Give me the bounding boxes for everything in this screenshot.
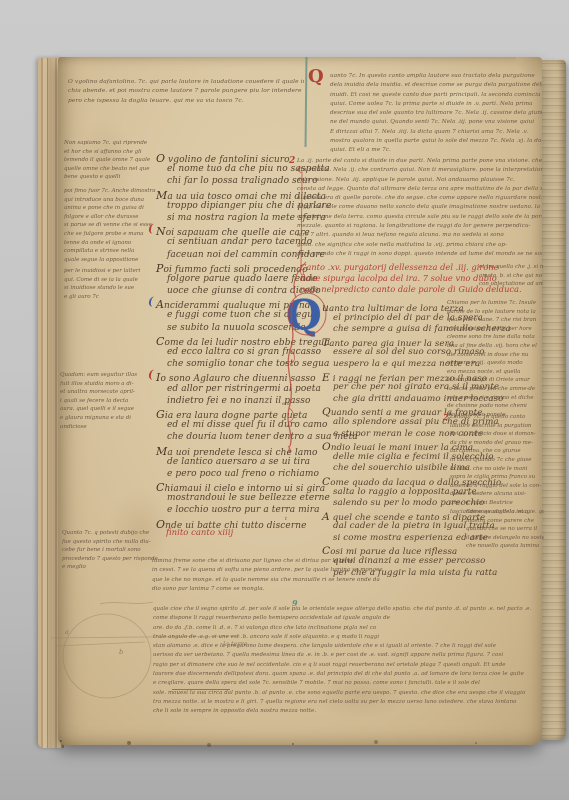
left-margin-note-3: per le inuidiosi e per lalteriqui. Come … (64, 267, 159, 301)
left-margin-note-4-line-6: e glaura mignana e sta di (60, 414, 158, 423)
left-lower-note-line-3: cebe fur bene i mortali sono (62, 547, 159, 556)
left-margin-note-4: Quadam: eum seguitur illasfuit illos stu… (60, 371, 158, 431)
left-lower-note-line-4: procedendo 7 questo per risponde (62, 556, 159, 565)
right-commentary-paragraph-2-line-10: gono. che significa che sole nella mattu… (297, 241, 542, 250)
right-margin-note-2-line-10: dusse a uedere alcuna uisi- (450, 490, 543, 499)
top-left-commentary-note: O vgolino dafantolino. 7c. qui parla lau… (68, 79, 304, 107)
top-left-commentary-note-line-1: O vgolino dafantolino. 7c. qui parla lau… (68, 79, 304, 88)
blue-paraph-curl: ( (148, 295, 153, 308)
right-margin-note-3-line-2: mostra come parere che (466, 517, 544, 526)
left-poem-column-line-26: de lantico auersaro a se ui tira (167, 457, 324, 469)
left-margin-note-2-line-7: tenne da onde el ignano (64, 239, 161, 248)
right-margin-note-1-line-3: quale horo uane. 7 che risi bran (447, 316, 542, 325)
right-margin-note-1-line-2: parole de lo sple lautore nota la (447, 308, 542, 317)
right-margin-note-2-line-2: lautore descriue la purgation (450, 422, 543, 431)
right-margin-note-2-line-6: in tucto Quando 7c che giuse (450, 456, 543, 465)
bottom-commentary-block-line-2: come dispone li raggi reuerberano pello … (153, 615, 543, 624)
left-margin-note-3-line-2: qui. Come di se ia la quale (64, 276, 159, 285)
bottom-commentary-block-line-11: tra mezza notte. si le mostra e li giri.… (153, 699, 543, 708)
right-commentary-paragraph-1-line-9: quiui. Et eli a me 7c. (330, 146, 542, 155)
explicit-canto-14: finito canto xiiij (166, 528, 233, 538)
left-margin-note-2: poi fimo fuor 7c. Anche dimostraqui intr… (64, 187, 161, 264)
left-margin-note-1-line-3: temendo il quale omne 7 quale (64, 156, 159, 165)
right-margin-note-2-line-3: del .ij. cornicio doue si doman- (450, 430, 543, 439)
right-margin-note-2-line-7: la uilta. che no uide le mani (450, 465, 543, 474)
svg-text:a: a (65, 628, 69, 636)
right-margin-note-3-line-3: quando che se no uerra il (466, 525, 544, 534)
right-commentary-paragraph-2-line-4: consta ad legge. Quanto dal ultimare del… (297, 185, 542, 194)
right-margin-note-1-line-6: tina al fine della .vij. hora che el (447, 342, 542, 351)
right-commentary-paragraph-2-line-9: lare 7 altri. quando si leua nefano regu… (297, 231, 542, 240)
right-margin-note-3-line-5: che nouello questa lumina (466, 542, 544, 551)
left-poem-column-line-29: mostrandoui le sue bellezze eterne (167, 493, 324, 505)
red-paraph-curl: ( (148, 222, 153, 235)
right-margin-note-1-line-13: de choinne pado none chemi (447, 402, 542, 411)
right-commentary-paragraph-2-line-6: raggi del sole come dauano nello sancto … (297, 203, 542, 212)
book-fore-edge-pages (540, 60, 566, 740)
left-margin-note-2-line-1: poi fimo fuor 7c. Anche dimostra (64, 187, 161, 196)
left-margin-note-2-line-3: anima e pone che in guisa di (64, 204, 161, 213)
top-left-commentary-note-line-3: pero che ispessa la doglia leuare. qui m… (68, 98, 304, 107)
left-margin-note-1-line-1: Non sapiamo 7c. qui riprende (64, 139, 159, 148)
red-paraph-curl: ( (148, 368, 153, 381)
red-paraph-mark: 2 (443, 412, 449, 422)
svg-text:b: b (119, 648, 123, 656)
left-margin-note-3-line-1: per le inuidiosi e per lalteri (64, 267, 159, 276)
left-poem-column-line-27: e pero poco ual freno o richiamo (167, 469, 324, 481)
rubric-side-note-line-1: et tra quella che .j. si ne (479, 263, 543, 272)
right-commentary-paragraph-1-line-2: dela inuidia dela inuidia. et descriue c… (330, 81, 542, 90)
right-commentary-paragraph-2-line-8: mezzale. quanto si ragiona. la longibrat… (297, 222, 542, 231)
rubric-side-note-line-2: amato. b. si che qui no e. (479, 272, 543, 281)
right-commentary-paragraph-1-line-7: E dirizzai allui 7. Nela .iiij. la dicta… (330, 128, 542, 137)
right-margin-note-2-line-5: tal camina. che co giurue (450, 447, 543, 456)
left-margin-note-2-line-8: compillata e strinse nella (64, 247, 161, 256)
right-commentary-paragraph-1-line-4: quiui. Come uolea 7c. la prima parte si … (330, 100, 542, 109)
left-margin-note-2-line-4: folgore e allor che durasse (64, 213, 161, 222)
right-margin-note-2-line-8: sopra le ciglia prima franco su (450, 473, 543, 482)
interlinear-mark: .a. (283, 360, 289, 366)
edge-specks (60, 740, 62, 742)
interlinear-mark: t (285, 516, 287, 522)
left-margin-note-2-line-9: quale segue la oppositione (64, 256, 161, 265)
left-margin-note-4-line-4: i quali se fecere la decta (60, 397, 158, 406)
right-commentary-paragraph-2-line-7: circulatione dela terra. como questa cir… (297, 213, 542, 222)
right-margin-note-1-line-8: uespero in .ij. questo modo (447, 359, 542, 368)
right-margin-note-1-line-10: el tempo si qri di Oriete amar (447, 376, 542, 385)
left-margin-note-4-line-1: Quadam: eum seguitur illas (60, 371, 158, 380)
right-margin-note-3-line-4: il fulgore delangelo no sostene (466, 534, 544, 543)
right-commentary-paragraph-2-line-2: era visibile. Nela .ij. che contrario qu… (297, 166, 542, 175)
left-margin-note-3-line-4: e gli auro 7c (64, 293, 159, 302)
right-margin-note-3: Come quado dela imagie. quimostra come p… (466, 508, 544, 551)
rubric-side-note-line-3: con oblectatione ad ama. 7 (479, 280, 543, 289)
left-margin-note-1: Non sapiamo 7c. qui riprendeet hor che s… (64, 139, 159, 182)
left-lower-note: Quanto 7c. q potesti dubijo chefue quest… (62, 530, 159, 573)
left-poem-column-line-30: e locchio uostro pur a terra mira (167, 505, 324, 517)
interlinear-mark: em (282, 401, 290, 407)
right-margin-note-2: Landiar 7c. In quello cantolautore descr… (450, 413, 543, 516)
left-margin-note-2-line-5: si parue se di venne che si esse (64, 221, 161, 230)
right-margin-note-2-line-1: Landiar 7c. In quello canto (450, 413, 543, 422)
bottom-commentary-block-line-1: quale cioe che il segno spirito .d. per … (153, 606, 543, 615)
left-margin-note-4-line-3: et unaltra morsecate april- (60, 388, 158, 397)
right-commentary-paragraph-1-line-8: mostra qualora in quella parte quiui lo … (330, 137, 542, 146)
right-margin-note-1-line-11: la dicta preda piu che amme-de (447, 385, 542, 394)
left-margin-note-1-line-2: et hor che si affanno che gli (64, 148, 159, 157)
right-margin-note-1-line-7: die como chel in doue che nu (447, 351, 542, 360)
right-margin-note-1: Chiamo per lo lumine 7c. Insuleparole de… (447, 299, 542, 419)
left-poem-column-line-28: Chiamaui il cielo e intorno ui si gira (156, 481, 324, 493)
left-margin-note-2-line-2: qui introduce una boce duna (64, 196, 161, 205)
right-margin-note-1-line-5: cleome sono tre lune dalla nota (447, 333, 542, 342)
commentary-initial-q: Q (308, 68, 324, 86)
right-margin-note-1-line-1: Chiamo per lo lumine 7c. Insule (447, 299, 542, 308)
left-margin-note-4-line-2: fuit illos stuidia moro a di- (60, 380, 158, 389)
right-poem-column-line-23: quiui dinanzi a me esser percosso (333, 556, 480, 568)
left-margin-note-1-line-5: bene questo e quelli (64, 173, 159, 182)
right-margin-note-2-line-9: assendo il raggio del sole la con- (450, 482, 543, 491)
right-commentary-paragraph-1: uanto 7c. In questo canto amplia lautore… (330, 72, 542, 156)
bottom-commentary-block: quale cioe che il segno spirito .d. per … (153, 606, 543, 718)
right-margin-note-2-line-11: one. et suami Beatrice (450, 499, 543, 508)
bottom-commentary-block-line-4: trale angulo de .a.g. si une est .b. anc… (153, 634, 543, 643)
left-lower-note-line-5: e meglio (62, 564, 159, 573)
right-commentary-paragraph-1-line-6: ne del mundo quiui. Quando senti 7c. Nel… (330, 118, 542, 127)
bottom-commentary-block-line-3: are. do da .f.b. come li .d. e. 7 si vul… (153, 625, 543, 634)
bottom-commentary-block-line-8: laurore due discernendo dellipotesi dora… (153, 671, 543, 680)
left-margin-note-2-line-6: che se fulgore probe e mana (64, 230, 161, 239)
right-commentary-paragraph-2-line-3: dela visione. Nela .iij. applique le par… (297, 176, 542, 185)
left-margin-note-4-line-7: undiciose (60, 423, 158, 432)
mid-lower-commentary-line-4: dio sono par lanima 7 come se mongla. (152, 585, 444, 594)
bottom-commentary-block-line-5: stan alamano .e. dice e la pregarono lum… (153, 643, 543, 652)
red-paraph-mark: 2 (289, 156, 295, 166)
right-margin-note-3-line-1: Come quado dela imagie. qui (466, 508, 544, 517)
bottom-commentary-block-line-12: che li sole in sempre in opposito dela n… (153, 708, 543, 717)
rubric-side-note: et tra quella che .j. si neamato. b. si … (479, 263, 543, 289)
bottom-commentary-block-line-6: uerisso da ser uerbeiano. 7 quella medes… (153, 652, 543, 661)
right-margin-note-1-line-4: meo denotare il doue per hore (447, 325, 542, 334)
left-lower-note-line-1: Quanto 7c. q potesti dubijo che (62, 530, 159, 539)
left-margin-note-4-line-5: aura. quel quelli e il segue (60, 405, 158, 414)
red-underline-mark (172, 689, 230, 690)
bottom-commentary-block-line-7: ragio per si dimanere che suo le nel occ… (153, 662, 543, 671)
right-commentary-paragraph-2-line-11: pare quando che li raggi in sono doppi. … (297, 250, 542, 259)
right-commentary-paragraph-1-line-1: uanto 7c. In questo canto amplia lautore… (330, 72, 542, 81)
right-commentary-paragraph-1-line-5: descriue sua del sole quanto tra lultima… (330, 109, 542, 118)
top-left-commentary-note-line-2: chia abende. et poi mostra come lautore … (68, 88, 304, 97)
bottom-commentary-block-line-10: sole. mouesi la sua circa dal punto .b. … (153, 690, 543, 699)
left-margin-note-3-line-3: si inuidiose stando le sue (64, 284, 159, 293)
manuscript-photo: { "colors":{"background":"#c6c6c6","parc… (0, 0, 569, 800)
left-lower-note-line-2: fue questo spirito che nulla diu- (62, 539, 159, 548)
right-margin-note-2-line-4: da chi e mondo del grauo me- (450, 439, 543, 448)
right-margin-note-1-line-12: sole e pero si e cimino et diche (447, 394, 542, 403)
right-poem-column-line-21: si come mostra esperienza ed arte (333, 533, 480, 545)
right-poem-column-line-22: Cosi mi parue da luce riflessa (322, 544, 480, 556)
right-commentary-paragraph-2-line-1: La .ij. parte del canto si diuide in due… (297, 157, 542, 166)
right-commentary-paragraph-1-line-3: inuidi. Et cosi ne queste canto due part… (330, 91, 542, 100)
right-poem-column-line-24: per che a fuggir la mia uista fu ratta (333, 568, 480, 580)
right-margin-note-1-line-9: era mezza nocte. et quella (447, 368, 542, 377)
right-poem-column-line-20: dal cader de la pietra in igual tratta (333, 521, 480, 533)
right-commentary-paragraph-2: La .ij. parte del canto si diuide in due… (297, 157, 542, 259)
right-commentary-paragraph-2-line-5: a questa era di quelle parole. che do se… (297, 194, 542, 203)
left-margin-note-1-line-4: quelle omne che beato nel que (64, 165, 159, 174)
